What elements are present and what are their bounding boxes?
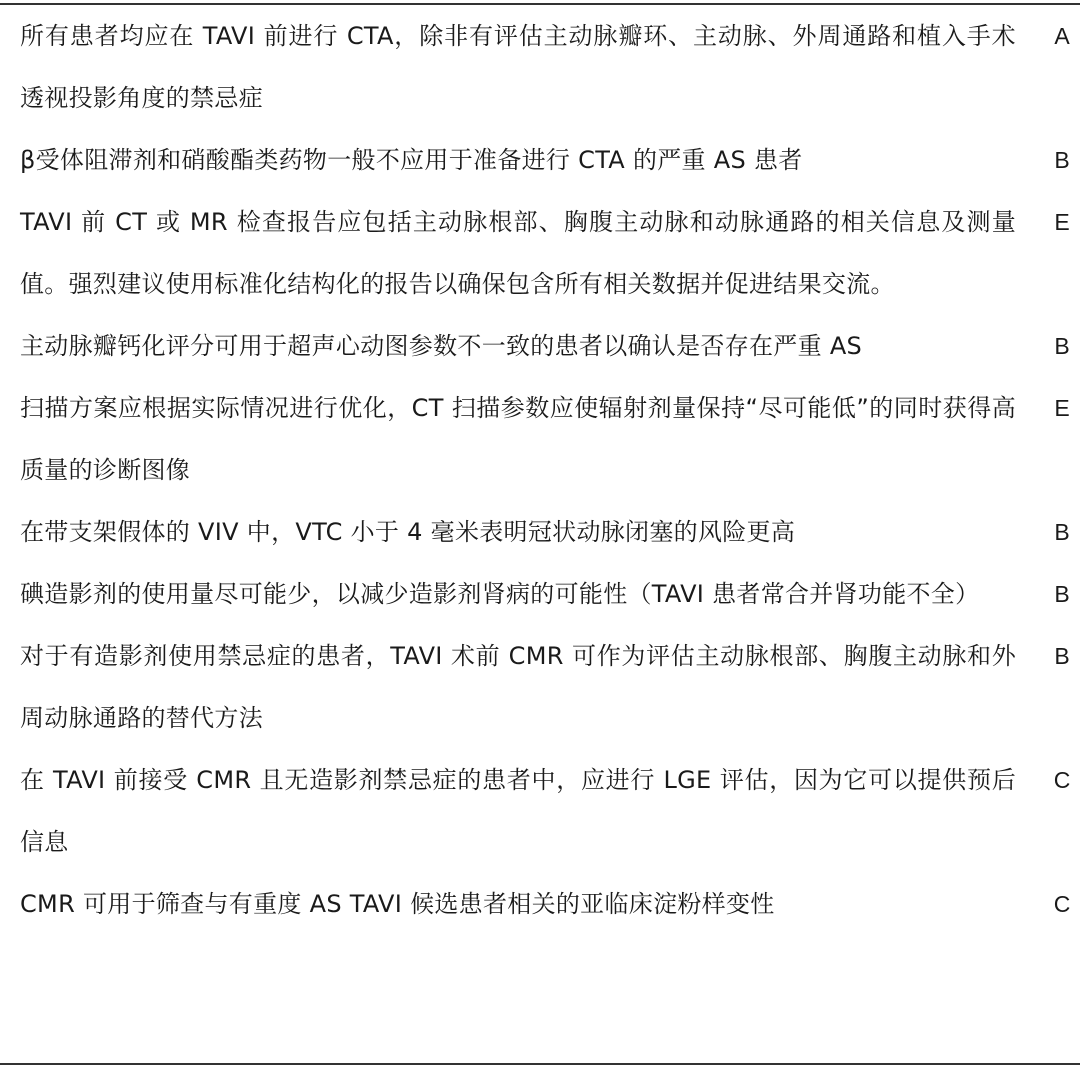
- evidence-level: C: [1050, 873, 1074, 935]
- recommendation-text: 扫描方案应根据实际情况进行优化，CT 扫描参数应使辐射剂量保持“尽可能低”的同时…: [0, 377, 1016, 501]
- recommendation-text: 所有患者均应在 TAVI 前进行 CTA，除非有评估主动脉瓣环、主动脉、外周通路…: [0, 5, 1016, 129]
- recommendation-text: 碘造影剂的使用量尽可能少，以减少造影剂肾病的可能性（TAVI 患者常合并肾功能不…: [0, 563, 1016, 625]
- evidence-level: B: [1050, 625, 1074, 687]
- table-row: β受体阻滞剂和硝酸酯类药物一般不应用于准备进行 CTA 的严重 AS 患者 B: [0, 129, 1080, 191]
- table-row: 对于有造影剂使用禁忌症的患者，TAVI 术前 CMR 可作为评估主动脉根部、胸腹…: [0, 625, 1080, 749]
- recommendation-text: 对于有造影剂使用禁忌症的患者，TAVI 术前 CMR 可作为评估主动脉根部、胸腹…: [0, 625, 1016, 749]
- table-row: CMR 可用于筛查与有重度 AS TAVI 候选患者相关的亚临床淀粉样变性 C: [0, 873, 1080, 935]
- evidence-level: B: [1050, 563, 1074, 625]
- table-row: 扫描方案应根据实际情况进行优化，CT 扫描参数应使辐射剂量保持“尽可能低”的同时…: [0, 377, 1080, 501]
- recommendation-text: 在 TAVI 前接受 CMR 且无造影剂禁忌症的患者中，应进行 LGE 评估，因…: [0, 749, 1016, 873]
- evidence-level: E: [1050, 191, 1074, 253]
- table-row: 在带支架假体的 VIV 中，VTC 小于 4 毫米表明冠状动脉闭塞的风险更高 B: [0, 501, 1080, 563]
- recommendation-text: 主动脉瓣钙化评分可用于超声心动图参数不一致的患者以确认是否存在严重 AS: [0, 315, 1016, 377]
- evidence-level: C: [1050, 749, 1074, 811]
- table-row: 在 TAVI 前接受 CMR 且无造影剂禁忌症的患者中，应进行 LGE 评估，因…: [0, 749, 1080, 873]
- recommendations-table: 所有患者均应在 TAVI 前进行 CTA，除非有评估主动脉瓣环、主动脉、外周通路…: [0, 5, 1080, 935]
- recommendation-text: β受体阻滞剂和硝酸酯类药物一般不应用于准备进行 CTA 的严重 AS 患者: [0, 129, 1016, 191]
- evidence-level: B: [1050, 501, 1074, 563]
- table-row: 主动脉瓣钙化评分可用于超声心动图参数不一致的患者以确认是否存在严重 AS B: [0, 315, 1080, 377]
- evidence-level: B: [1050, 129, 1074, 191]
- evidence-level: A: [1050, 5, 1074, 67]
- recommendation-text: 在带支架假体的 VIV 中，VTC 小于 4 毫米表明冠状动脉闭塞的风险更高: [0, 501, 1016, 563]
- recommendation-text: TAVI 前 CT 或 MR 检查报告应包括主动脉根部、胸腹主动脉和动脉通路的相…: [0, 191, 1016, 315]
- table-bottom-rule: [0, 1063, 1080, 1065]
- table-row: 所有患者均应在 TAVI 前进行 CTA，除非有评估主动脉瓣环、主动脉、外周通路…: [0, 5, 1080, 129]
- table-row: TAVI 前 CT 或 MR 检查报告应包括主动脉根部、胸腹主动脉和动脉通路的相…: [0, 191, 1080, 315]
- recommendation-text: CMR 可用于筛查与有重度 AS TAVI 候选患者相关的亚临床淀粉样变性: [0, 873, 1016, 935]
- evidence-level: B: [1050, 315, 1074, 377]
- table-row: 碘造影剂的使用量尽可能少，以减少造影剂肾病的可能性（TAVI 患者常合并肾功能不…: [0, 563, 1080, 625]
- evidence-level: E: [1050, 377, 1074, 439]
